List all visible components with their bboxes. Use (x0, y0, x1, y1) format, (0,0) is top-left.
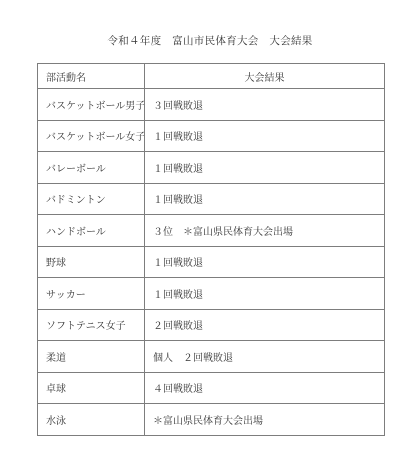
table-row: バスケットボール男子 ３回戦敗退 (38, 89, 385, 121)
table-row: ハンドボール ３位 ＊富山県民体育大会出場 (38, 215, 385, 247)
club-name-cell: バドミントン (38, 183, 145, 215)
result-cell: ３回戦敗退 (145, 89, 385, 121)
result-cell: １回戦敗退 (145, 183, 385, 215)
table-row: 卓球 ４回戦敗退 (38, 372, 385, 404)
table-row: 水泳 ＊富山県民体育大会出場 (38, 404, 385, 436)
result-cell: ＊富山県民体育大会出場 (145, 404, 385, 436)
club-name-cell: バスケットボール男子 (38, 89, 145, 121)
header-row: 部活動名 大会結果 (38, 64, 385, 89)
club-name-cell: 柔道 (38, 341, 145, 373)
result-cell: ２回戦敗退 (145, 309, 385, 341)
result-cell: １回戦敗退 (145, 278, 385, 310)
results-table: 部活動名 大会結果 バスケットボール男子 ３回戦敗退 バスケットボール女子 １回… (37, 63, 385, 436)
club-name-cell: 卓球 (38, 372, 145, 404)
results-table-body: バスケットボール男子 ３回戦敗退 バスケットボール女子 １回戦敗退 バレーボール… (38, 89, 385, 436)
table-row: バドミントン １回戦敗退 (38, 183, 385, 215)
table-row: サッカー １回戦敗退 (38, 278, 385, 310)
club-name-cell: バレーボール (38, 152, 145, 184)
result-cell: ４回戦敗退 (145, 372, 385, 404)
result-cell: ３位 ＊富山県民体育大会出場 (145, 215, 385, 247)
result-cell: １回戦敗退 (145, 120, 385, 152)
club-name-cell: 水泳 (38, 404, 145, 436)
table-row: バスケットボール女子 １回戦敗退 (38, 120, 385, 152)
club-name-cell: サッカー (38, 278, 145, 310)
club-name-column-header: 部活動名 (38, 64, 145, 89)
club-name-cell: 野球 (38, 246, 145, 278)
result-cell: １回戦敗退 (145, 152, 385, 184)
club-name-cell: バスケットボール女子 (38, 120, 145, 152)
results-table-header: 部活動名 大会結果 (38, 64, 385, 89)
club-name-cell: ハンドボール (38, 215, 145, 247)
document-title: 令和４年度 富山市民体育大会 大会結果 (0, 33, 420, 48)
table-row: バレーボール １回戦敗退 (38, 152, 385, 184)
table-row: 野球 １回戦敗退 (38, 246, 385, 278)
result-cell: １回戦敗退 (145, 246, 385, 278)
tournament-result-column-header: 大会結果 (145, 64, 385, 89)
table-row: 柔道 個人 ２回戦敗退 (38, 341, 385, 373)
result-cell: 個人 ２回戦敗退 (145, 341, 385, 373)
club-name-cell: ソフトテニス女子 (38, 309, 145, 341)
document-page: 令和４年度 富山市民体育大会 大会結果 部活動名 大会結果 バスケットボール男子… (0, 0, 420, 459)
table-row: ソフトテニス女子 ２回戦敗退 (38, 309, 385, 341)
